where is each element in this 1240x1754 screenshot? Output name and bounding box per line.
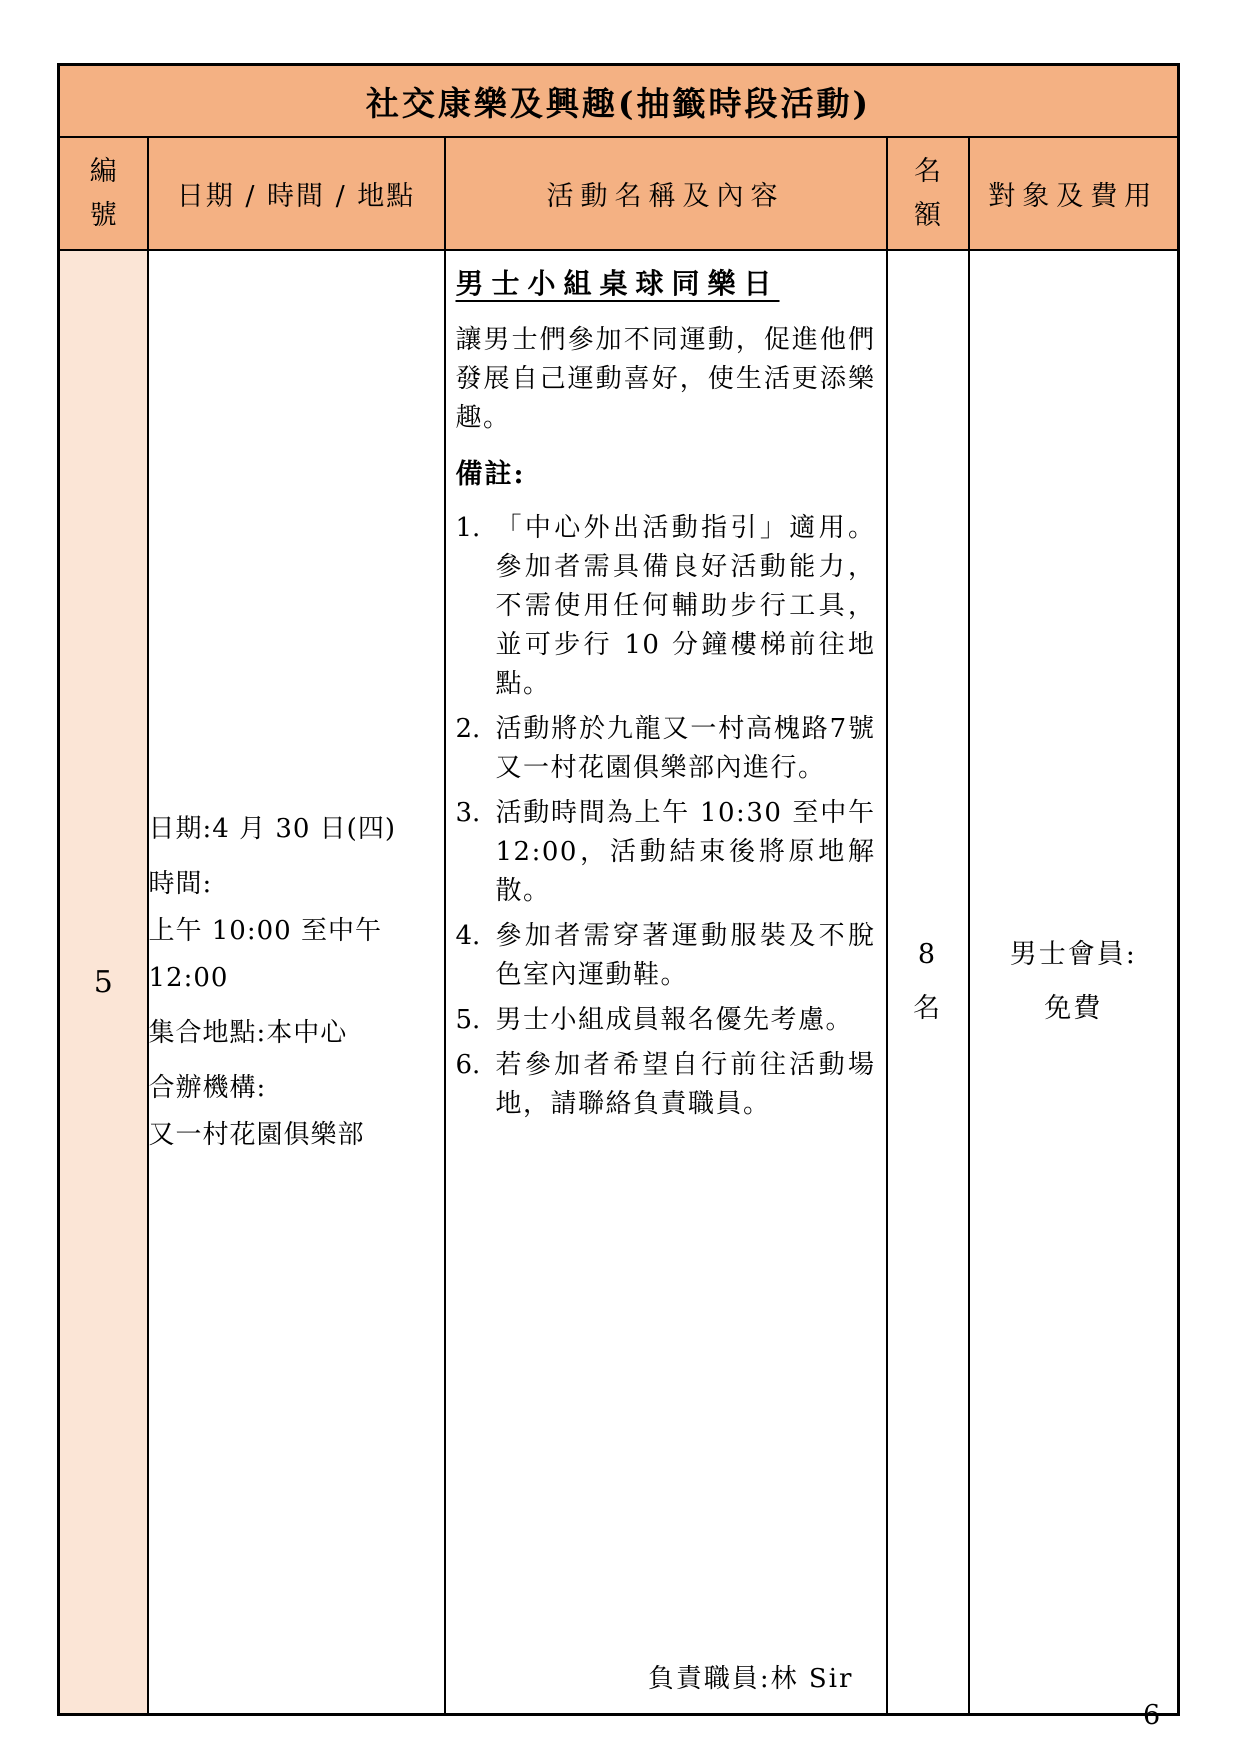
fee: 免費 (970, 982, 1178, 1036)
schedule-date: 日期:4 月 30 日(四) (149, 806, 444, 853)
activity-description: 讓男士們參加不同運動，促進他們發展自己運動喜好，使生活更添樂趣。 (456, 321, 876, 438)
quota-cell: 8 名 (887, 250, 969, 1715)
table-row: 5 日期:4 月 30 日(四) 時間: 上午 10:00 至中午 12:00 … (59, 250, 1179, 1715)
header-quota: 名額 (887, 137, 969, 250)
notes-label: 備註: (456, 454, 876, 496)
page-number: 6 (1143, 1700, 1160, 1731)
note-item-4: 4. 參加者需穿著運動服裝及不脫色室內運動鞋。 (456, 917, 876, 995)
target-group: 男士會員: (970, 928, 1178, 982)
note-item-5: 5. 男士小組成員報名優先考慮。 (456, 1001, 876, 1040)
schedule-coorganizer-label: 合辦機構: (149, 1065, 444, 1112)
schedule-cell: 日期:4 月 30 日(四) 時間: 上午 10:00 至中午 12:00 集合… (148, 250, 445, 1715)
activity-cell: 男士小組桌球同樂日 讓男士們參加不同運動，促進他們發展自己運動喜好，使生活更添樂… (445, 250, 887, 1715)
table-header-row: 編號 日期 / 時間 / 地點 活動名稱及內容 名額 對象及費用 (59, 137, 1179, 250)
staff-in-charge: 負責職員:林 Sir (456, 1659, 876, 1699)
schedule-time-1: 上午 10:00 至中午 (149, 908, 444, 955)
header-activity: 活動名稱及內容 (445, 137, 887, 250)
header-number: 編號 (59, 137, 148, 250)
document-page: 社交康樂及興趣(抽籤時段活動) 編號 日期 / 時間 / 地點 活動名稱及內容 … (0, 0, 1240, 1754)
target-fee-cell: 男士會員: 免費 (969, 250, 1179, 1715)
schedule-time-label: 時間: (149, 861, 444, 908)
quota-value: 8 (888, 928, 968, 982)
table-title: 社交康樂及興趣(抽籤時段活動) (59, 65, 1179, 138)
table-title-row: 社交康樂及興趣(抽籤時段活動) (59, 65, 1179, 138)
header-target-fee: 對象及費用 (969, 137, 1179, 250)
activity-table: 社交康樂及興趣(抽籤時段活動) 編號 日期 / 時間 / 地點 活動名稱及內容 … (57, 63, 1180, 1716)
header-date-time-place: 日期 / 時間 / 地點 (148, 137, 445, 250)
row-number: 5 (59, 250, 148, 1715)
schedule-meeting-point: 集合地點:本中心 (149, 1010, 444, 1057)
schedule-time-2: 12:00 (149, 955, 444, 1002)
note-item-6: 6. 若參加者希望自行前往活動場地，請聯絡負責職員。 (456, 1046, 876, 1124)
activity-title: 男士小組桌球同樂日 (456, 261, 876, 307)
note-item-2: 2. 活動將於九龍又一村高槐路7號又一村花園俱樂部內進行。 (456, 710, 876, 788)
schedule-coorganizer: 又一村花園俱樂部 (149, 1112, 444, 1159)
quota-unit: 名 (888, 982, 968, 1036)
note-item-1: 1. 「中心外出活動指引」適用。參加者需具備良好活動能力，不需使用任何輔助步行工… (456, 509, 876, 704)
note-item-3: 3. 活動時間為上午 10:30 至中午 12:00，活動結束後將原地解散。 (456, 794, 876, 911)
